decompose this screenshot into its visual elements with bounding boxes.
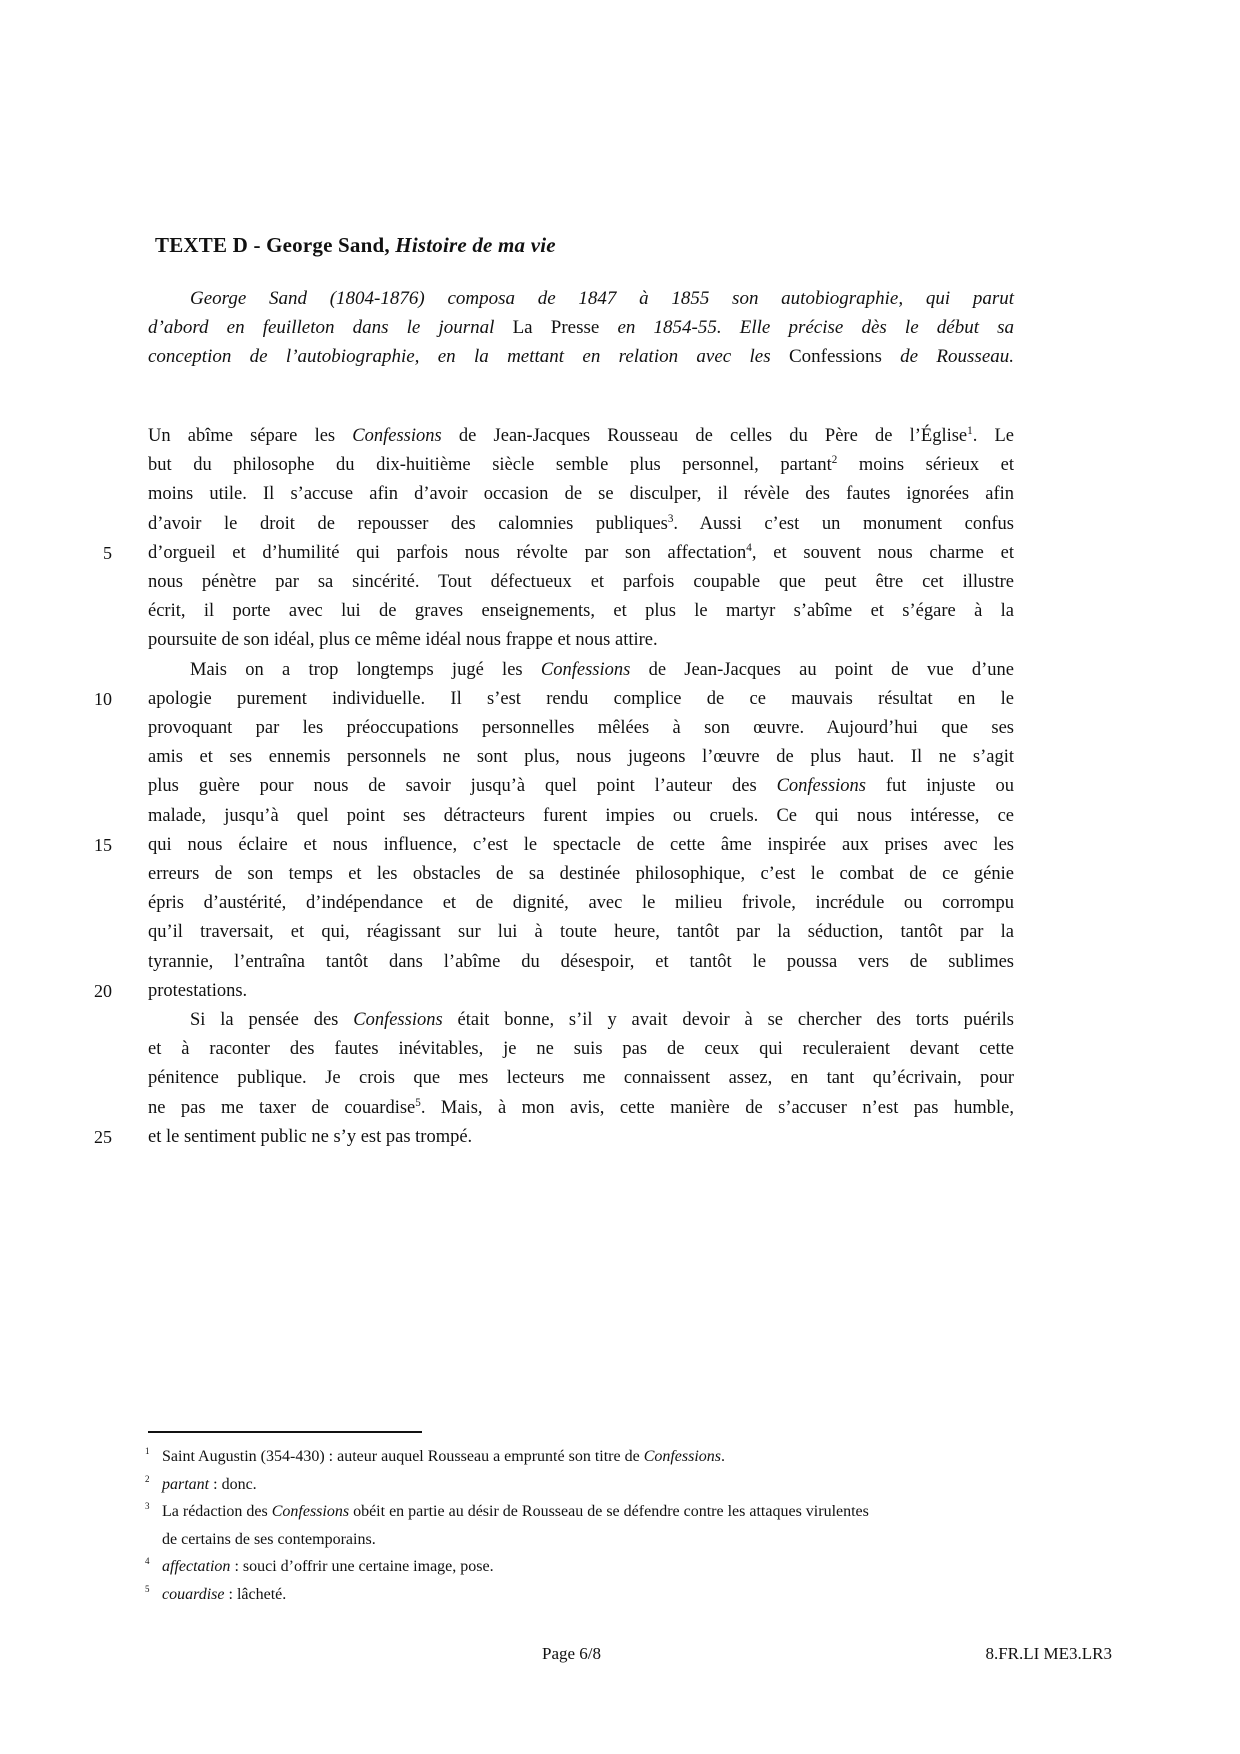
page-number: Page 6/8 bbox=[542, 1644, 601, 1664]
footnote-line: 5couardise : lâcheté. bbox=[145, 1581, 1029, 1609]
intro-line: conception de l’autobiographie, en la me… bbox=[148, 342, 1014, 371]
line-text: de certains de ses contemporains. bbox=[162, 1526, 1029, 1554]
footnote-line: 2partant : donc. bbox=[145, 1471, 1029, 1499]
text-line: ne pas me taxer de couardise5. Mais, à m… bbox=[82, 1094, 1014, 1123]
line-number bbox=[82, 656, 112, 685]
line-number bbox=[82, 860, 112, 889]
text-line: 25et le sentiment public ne s’y est pas … bbox=[82, 1123, 1014, 1152]
line-text: amis et ses ennemis personnels ne sont p… bbox=[148, 743, 1014, 772]
footnote-number: 4 bbox=[145, 1553, 162, 1581]
text-line: pénitence publique. Je crois que mes lec… bbox=[82, 1064, 1014, 1093]
line-number: 10 bbox=[82, 685, 112, 714]
title-work: Histoire de ma vie bbox=[395, 233, 556, 257]
footnote-line: 3La rédaction des Confessions obéit en p… bbox=[145, 1498, 1029, 1526]
document-page: TEXTE D - George Sand, Histoire de ma vi… bbox=[0, 0, 1240, 1754]
line-text: couardise : lâcheté. bbox=[162, 1581, 1029, 1609]
text-line: Si la pensée des Confessions était bonne… bbox=[82, 1006, 1014, 1035]
line-text: et à raconter des fautes inévitables, je… bbox=[148, 1035, 1014, 1064]
text-line: qu’il traversait, et qui, réagissant sur… bbox=[82, 918, 1014, 947]
text-line: amis et ses ennemis personnels ne sont p… bbox=[82, 743, 1014, 772]
line-text: affectation : souci d’offrir une certain… bbox=[162, 1553, 1029, 1581]
line-number bbox=[82, 1006, 112, 1035]
line-number: 5 bbox=[82, 539, 112, 568]
line-text: partant : donc. bbox=[162, 1471, 1029, 1499]
line-text: erreurs de son temps et les obstacles de… bbox=[148, 860, 1014, 889]
text-line: plus guère pour nous de savoir jusqu’à q… bbox=[82, 772, 1014, 801]
text-title: TEXTE D - George Sand, Histoire de ma vi… bbox=[155, 233, 556, 258]
line-number: 15 bbox=[82, 831, 112, 860]
text-line: tyrannie, l’entraîna tantôt dans l’abîme… bbox=[82, 948, 1014, 977]
text-line: but du philosophe du dix-huitième siècle… bbox=[82, 451, 1014, 480]
line-text: qui nous éclaire et nous influence, c’es… bbox=[148, 831, 1014, 860]
line-number bbox=[82, 948, 112, 977]
line-text: provoquant par les préoccupations person… bbox=[148, 714, 1014, 743]
footnote-line: 4affectation : souci d’offrir une certai… bbox=[145, 1553, 1029, 1581]
line-number bbox=[82, 1035, 112, 1064]
footnote-line: de certains de ses contemporains. bbox=[145, 1526, 1029, 1554]
main-text: Un abîme sépare les Confessions de Jean-… bbox=[82, 422, 1014, 1152]
footnote-number: 2 bbox=[145, 1471, 162, 1499]
footnote-number: 3 bbox=[145, 1498, 162, 1526]
line-number: 25 bbox=[82, 1123, 112, 1152]
line-number bbox=[82, 802, 112, 831]
text-line: écrit, il porte avec lui de graves ensei… bbox=[82, 597, 1014, 626]
line-number bbox=[82, 1094, 112, 1123]
line-text: George Sand (1804-1876) composa de 1847 … bbox=[148, 284, 1014, 313]
line-text: moins utile. Il s’accuse afin d’avoir oc… bbox=[148, 480, 1014, 509]
line-text: but du philosophe du dix-huitième siècle… bbox=[148, 451, 1014, 480]
line-number bbox=[82, 597, 112, 626]
line-text: d’avoir le droit de repousser des calomn… bbox=[148, 510, 1014, 539]
line-text: ne pas me taxer de couardise5. Mais, à m… bbox=[148, 1094, 1014, 1123]
line-number bbox=[82, 626, 112, 655]
line-number bbox=[82, 510, 112, 539]
line-text: protestations. bbox=[148, 977, 1014, 1006]
text-line: moins utile. Il s’accuse afin d’avoir oc… bbox=[82, 480, 1014, 509]
line-number bbox=[82, 451, 112, 480]
line-text: Mais on a trop longtemps jugé les Confes… bbox=[148, 656, 1014, 685]
text-line: 15qui nous éclaire et nous influence, c’… bbox=[82, 831, 1014, 860]
footnote-number bbox=[145, 1526, 162, 1554]
line-number bbox=[82, 743, 112, 772]
line-text: écrit, il porte avec lui de graves ensei… bbox=[148, 597, 1014, 626]
title-prefix: TEXTE D - George Sand, bbox=[155, 233, 395, 257]
footnotes: 1Saint Augustin (354-430) : auteur auque… bbox=[145, 1443, 1029, 1608]
line-text: poursuite de son idéal, plus ce même idé… bbox=[148, 626, 1014, 655]
line-text: Saint Augustin (354-430) : auteur auquel… bbox=[162, 1443, 1029, 1471]
line-number bbox=[82, 480, 112, 509]
text-line: erreurs de son temps et les obstacles de… bbox=[82, 860, 1014, 889]
line-text: La rédaction des Confessions obéit en pa… bbox=[162, 1498, 1029, 1526]
text-line: 5d’orgueil et d’humilité qui parfois nou… bbox=[82, 539, 1014, 568]
line-number bbox=[82, 422, 112, 451]
line-text: et le sentiment public ne s’y est pas tr… bbox=[148, 1123, 1014, 1152]
text-line: 20protestations. bbox=[82, 977, 1014, 1006]
line-number bbox=[82, 714, 112, 743]
line-text: nous pénètre par sa sincérité. Tout défe… bbox=[148, 568, 1014, 597]
intro-paragraph: George Sand (1804-1876) composa de 1847 … bbox=[148, 284, 1014, 371]
text-line: d’avoir le droit de repousser des calomn… bbox=[82, 510, 1014, 539]
document-code: 8.FR.LI ME3.LR3 bbox=[952, 1644, 1112, 1664]
footnote-number: 1 bbox=[145, 1443, 162, 1471]
text-line: Un abîme sépare les Confessions de Jean-… bbox=[82, 422, 1014, 451]
text-line: et à raconter des fautes inévitables, je… bbox=[82, 1035, 1014, 1064]
text-line: provoquant par les préoccupations person… bbox=[82, 714, 1014, 743]
line-text: Un abîme sépare les Confessions de Jean-… bbox=[148, 422, 1014, 451]
line-text: qu’il traversait, et qui, réagissant sur… bbox=[148, 918, 1014, 947]
line-number bbox=[82, 568, 112, 597]
line-text: apologie purement individuelle. Il s’est… bbox=[148, 685, 1014, 714]
line-text: épris d’austérité, d’indépendance et de … bbox=[148, 889, 1014, 918]
line-text: malade, jusqu’à quel point ses détracteu… bbox=[148, 802, 1014, 831]
line-number: 20 bbox=[82, 977, 112, 1006]
text-line: 10apologie purement individuelle. Il s’e… bbox=[82, 685, 1014, 714]
line-text: pénitence publique. Je crois que mes lec… bbox=[148, 1064, 1014, 1093]
line-text: tyrannie, l’entraîna tantôt dans l’abîme… bbox=[148, 948, 1014, 977]
text-line: poursuite de son idéal, plus ce même idé… bbox=[82, 626, 1014, 655]
line-number bbox=[82, 1064, 112, 1093]
line-number bbox=[82, 889, 112, 918]
line-text: plus guère pour nous de savoir jusqu’à q… bbox=[148, 772, 1014, 801]
intro-line: George Sand (1804-1876) composa de 1847 … bbox=[148, 284, 1014, 313]
text-line: épris d’austérité, d’indépendance et de … bbox=[82, 889, 1014, 918]
intro-line: d’abord en feuilleton dans le journal La… bbox=[148, 313, 1014, 342]
line-text: d’orgueil et d’humilité qui parfois nous… bbox=[148, 539, 1014, 568]
line-text: d’abord en feuilleton dans le journal La… bbox=[148, 313, 1014, 342]
text-line: Mais on a trop longtemps jugé les Confes… bbox=[82, 656, 1014, 685]
line-text: conception de l’autobiographie, en la me… bbox=[148, 342, 1014, 371]
text-line: malade, jusqu’à quel point ses détracteu… bbox=[82, 802, 1014, 831]
line-number bbox=[82, 772, 112, 801]
footnote-line: 1Saint Augustin (354-430) : auteur auque… bbox=[145, 1443, 1029, 1471]
line-text: Si la pensée des Confessions était bonne… bbox=[148, 1006, 1014, 1035]
footnote-separator bbox=[148, 1431, 422, 1433]
text-line: nous pénètre par sa sincérité. Tout défe… bbox=[82, 568, 1014, 597]
line-number bbox=[82, 918, 112, 947]
footnote-number: 5 bbox=[145, 1581, 162, 1609]
